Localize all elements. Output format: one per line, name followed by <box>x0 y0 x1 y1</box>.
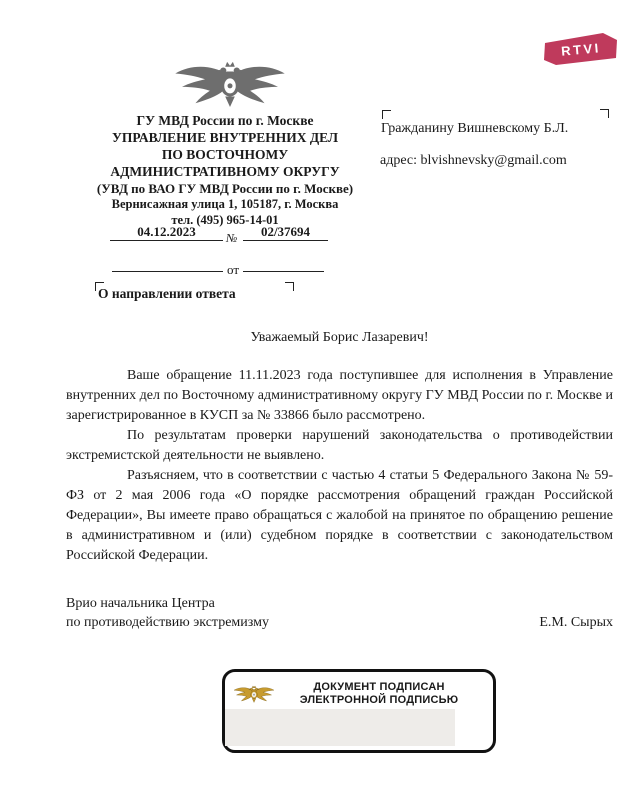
ot-label: от <box>227 262 239 278</box>
org-name-abbrev: (УВД по ВАО ГУ МВД России по г. Москве) <box>58 180 392 197</box>
salutation: Уважаемый Борис Лазаревич! <box>66 330 613 346</box>
recipient-address: адрес: blvishnevsky@gmail.com <box>380 153 567 169</box>
recipient-corner-right <box>600 109 609 118</box>
signer-position-line1: Врио начальника Центра <box>66 594 613 613</box>
org-name-line4: АДМИНИСТРАТИВНОМУ ОКРУГУ <box>58 163 392 180</box>
paragraph-2: По результатам проверки нарушений законо… <box>66 426 613 466</box>
signer-name: Е.М. Сырых <box>539 613 613 632</box>
org-name-line1: ГУ МВД России по г. Москве <box>58 112 392 129</box>
letter-body: Ваше обращение 11.11.2023 года поступивш… <box>66 366 613 566</box>
stamp-caption-line1: ДОКУМЕНТ ПОДПИСАН <box>275 681 483 695</box>
signature-block: Врио начальника Центра по противодействи… <box>66 594 613 632</box>
mvd-emblem-gold-icon <box>233 678 275 710</box>
stamp-caption-line2: ЭЛЕКТРОННОЙ ПОДПИСЬЮ <box>275 694 483 708</box>
org-name-line2: УПРАВЛЕНИЕ ВНУТРЕННИХ ДЕЛ <box>58 129 392 146</box>
number-sign-label: № <box>226 231 237 246</box>
subject-line: О направлении ответа <box>98 286 236 302</box>
paragraph-1: Ваше обращение 11.11.2023 года поступивш… <box>66 366 613 426</box>
paragraph-3: Разъясняем, что в соответствии с частью … <box>66 466 613 566</box>
org-phone: тел. (495) 965-14-01 <box>58 213 392 229</box>
mvd-emblem-icon <box>168 60 292 108</box>
outgoing-number-line: 02/37694 <box>243 224 328 241</box>
document-page: RTVI ГУ МВД России по г. Москве УПРАВЛЕН… <box>0 0 640 800</box>
recipient-name: Гражданину Вишневскому Б.Л. <box>381 121 568 137</box>
outgoing-date-line: 04.12.2023 <box>110 224 223 241</box>
rtvi-logo: RTVI <box>544 32 618 66</box>
stamp-header: ДОКУМЕНТ ПОДПИСАН ЭЛЕКТРОННОЙ ПОДПИСЬЮ <box>225 678 493 710</box>
org-address: Вернисажная улица 1, 105187, г. Москва <box>58 197 392 213</box>
letterhead: ГУ МВД России по г. Москве УПРАВЛЕНИЕ ВН… <box>58 112 392 228</box>
org-name-line3: ПО ВОСТОЧНОМУ <box>58 146 392 163</box>
reply-to-date-blank-line <box>112 262 223 272</box>
reply-to-number-blank-line <box>243 262 324 272</box>
stamp-caption: ДОКУМЕНТ ПОДПИСАН ЭЛЕКТРОННОЙ ПОДПИСЬЮ <box>275 681 483 708</box>
electronic-signature-stamp: ДОКУМЕНТ ПОДПИСАН ЭЛЕКТРОННОЙ ПОДПИСЬЮ <box>222 669 496 753</box>
recipient-corner-left <box>382 110 391 119</box>
signer-position-line2: по противодействию экстремизму <box>66 613 613 632</box>
stamp-signature-area <box>225 709 455 746</box>
subject-corner-right <box>285 282 294 291</box>
